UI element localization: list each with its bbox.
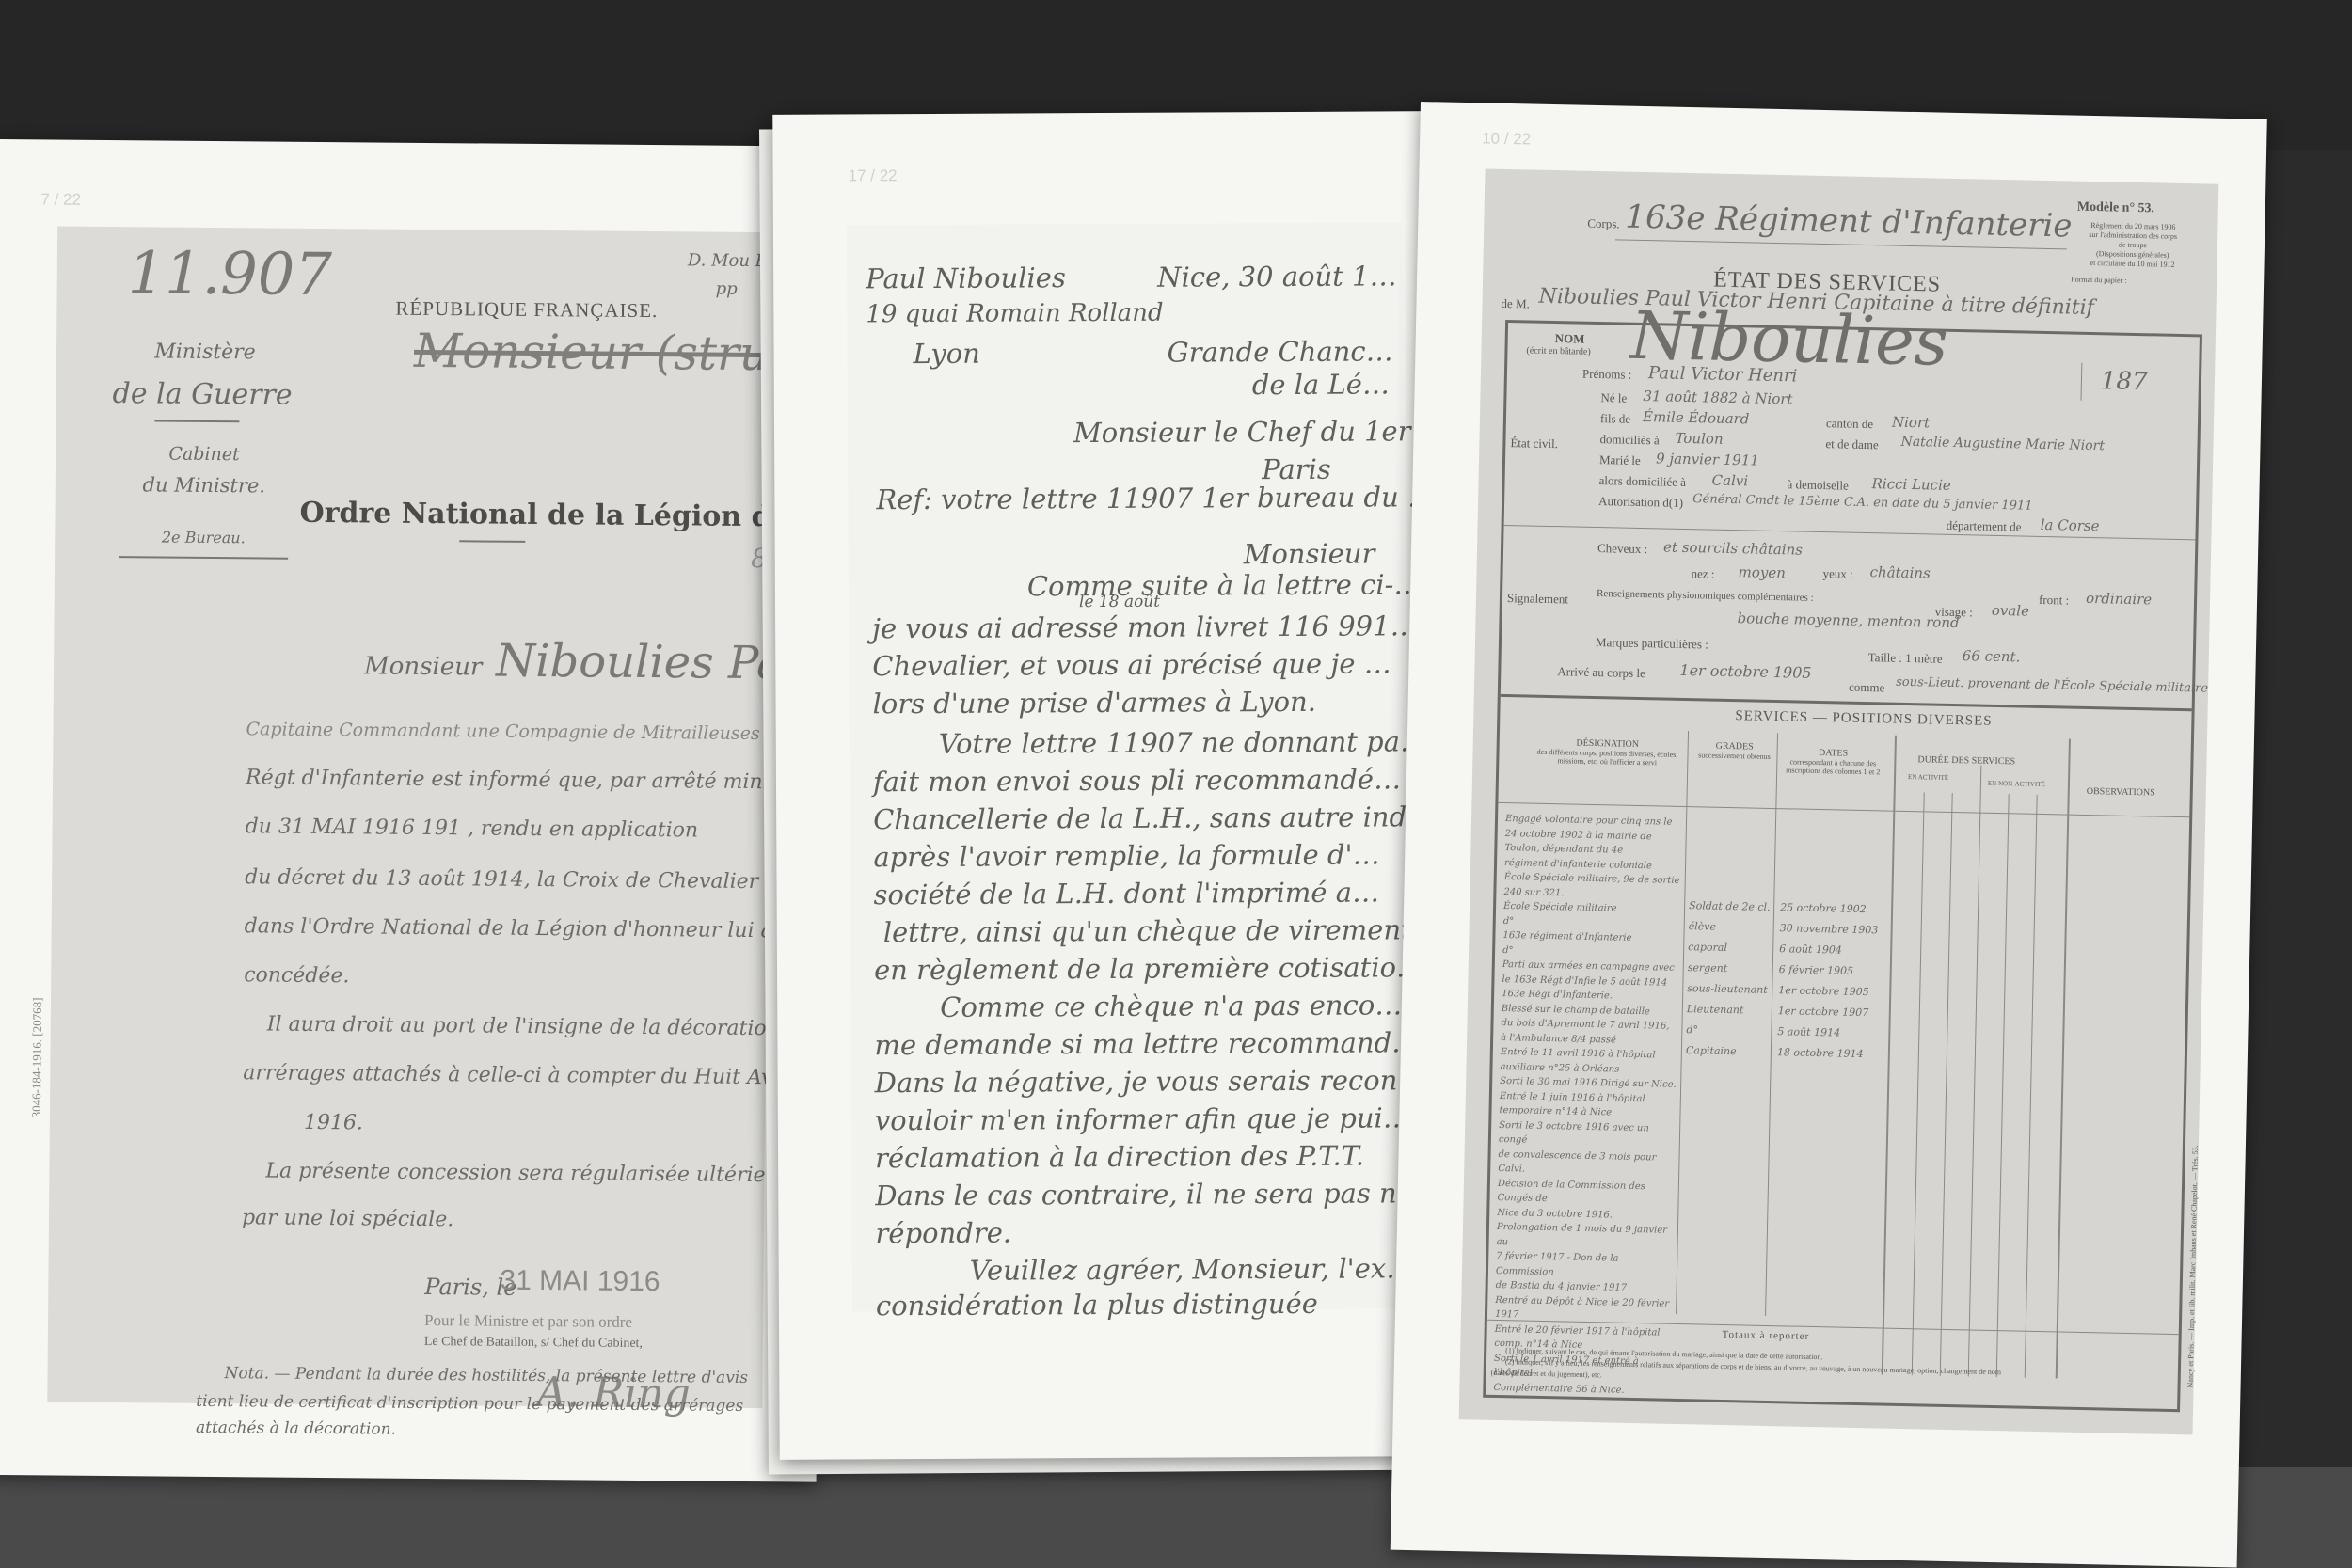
field-label: et de dame (1825, 436, 1879, 452)
name-label: NOM (1555, 331, 1585, 347)
date: 30 novembre 1903 (1779, 918, 1890, 941)
body-line: Chevalier, et vous ai précisé que je … (872, 647, 1391, 682)
divider (154, 420, 239, 422)
field-value: et sourcils châtains (1663, 539, 1803, 559)
body-line: en règlement de la première cotisatio… (874, 951, 1423, 986)
name-sublabel: (écrit en bâtarde) (1526, 345, 1591, 356)
designation-line: Complémentaire 56 à Nice. (1493, 1380, 1672, 1398)
col-header-observations: OBSERVATIONS (2087, 786, 2155, 799)
date: 18 octobre 1914 (1777, 1042, 1888, 1065)
field-label: nez : (1691, 566, 1714, 582)
sender-line: Lyon (914, 338, 980, 370)
field-label: front : (2039, 593, 2069, 609)
designation-line: Sorti le 3 octobre 1916 avec un congé (1499, 1117, 1678, 1150)
grade: sous-lieutenant (1687, 978, 1772, 1001)
duration-group-header: DURÉE DES SERVICES (1917, 754, 2015, 767)
services-title: SERVICES — POSITIONS DIVERSES (1735, 708, 1993, 730)
left-document-sheet: 7 / 22 11.907 D. Mou Eglise pp 8H Minist… (0, 139, 828, 1482)
model-heading: Modèle n° 53. (2077, 200, 2155, 217)
field-value: la Corse (2041, 516, 2100, 534)
field-label: Taille : 1 mètre (1868, 650, 1943, 667)
right-document-sheet: 10 / 22 Corps. 163e Régiment d'Infanteri… (1391, 102, 2267, 1568)
field-value: 9 janvier 1911 (1656, 450, 1759, 468)
date-stamp: 31 MAI 1916 (500, 1265, 660, 1298)
arrival-value: 1er octobre 1905 (1679, 661, 1812, 682)
subgroup-header: EN NON-ACTIVITÉ (1988, 780, 2045, 788)
page-number: 7 / 22 (40, 190, 81, 209)
model-line: et circulaire du 10 mai 1912 (2061, 258, 2202, 270)
de-m-label: de M. (1501, 296, 1530, 312)
box-number-cell: 187 (2080, 363, 2185, 403)
addressee-line: de la Lé… (1252, 368, 1390, 401)
grade: caporal (1688, 937, 1772, 959)
body-line: fait mon envoi sous pli recommandé… (873, 763, 1401, 798)
body-line: Veuillez agréer, Monsieur, l'ex… (970, 1252, 1414, 1286)
ministry-line: de la Guerre (112, 377, 281, 412)
grade: Capitaine (1686, 1040, 1771, 1063)
corps-value: 163e Régiment d'Infanterie (1625, 198, 2073, 245)
field-value: Calvi (1711, 472, 1748, 490)
field-value: Ricci Lucie (1871, 475, 1951, 494)
comme-value: sous-Lieut. provenant de l'École Spécial… (1896, 675, 2208, 696)
col-divider (2025, 795, 2038, 1378)
ministry-line: Cabinet (138, 443, 270, 465)
body-line: lettre, ainsi qu'un chèque de virement… (883, 913, 1439, 948)
corps-label: Corps. (1587, 216, 1620, 232)
addressee-line: Grande Chanc… (1168, 335, 1393, 368)
date: 25 octobre 1902 (1780, 897, 1891, 920)
col-sub: correspondant à chacune des inscriptions… (1781, 757, 1884, 776)
field-value: châtains (1869, 563, 1931, 581)
ministry-line: Ministère (139, 340, 271, 364)
col-sub: successivement obtenus (1696, 751, 1772, 761)
field-label: Autorisation d(1) (1598, 494, 1683, 511)
body-line: Dans la négative, je vous serais recon… (875, 1064, 1425, 1099)
body-line: Il aura droit au port de l'insigne de la… (267, 1013, 851, 1041)
etat-civil-label: État civil. (1510, 436, 1558, 451)
body-line: Chancellerie de la L.H., sans autre ind… (873, 800, 1434, 835)
grade: Soldat de 2e cl. (1689, 895, 1773, 918)
grade: sergent (1688, 958, 1772, 980)
field-label: yeux : (1822, 566, 1852, 582)
salutation: Monsieur (364, 652, 483, 681)
body-line: Votre lettre 11907 ne donnant pa… (939, 725, 1427, 760)
margin-note: pp (716, 279, 738, 299)
vertical-print-code: 3046-184-1916. [20768] (29, 997, 45, 1117)
field-label: fils de (1600, 411, 1630, 427)
field-label: à demoiselle (1787, 477, 1849, 493)
date: 5 août 1914 (1777, 1022, 1888, 1044)
sender-line: 19 quai Romain Rolland (866, 299, 1163, 329)
body-line: du 31 MAI 1916 191 , rendu en applicatio… (246, 815, 699, 842)
body-line: vouloir m'en informer afin que je pui… (875, 1101, 1410, 1136)
field-label: Renseignements physionomiques complément… (1597, 588, 1814, 604)
body-line: dans l'Ordre National de la Légion d'hon… (245, 914, 813, 942)
page-number: 10 / 22 (1482, 129, 1531, 149)
body-line: par une loi spéciale. (242, 1206, 454, 1231)
field-value: Natalie Augustine Marie Niort (1900, 435, 2105, 454)
nota-line: attachés à la décoration. (196, 1418, 396, 1439)
body-line: me demande si ma lettre recommand… (874, 1026, 1419, 1061)
col-divider (1968, 766, 1982, 1377)
date: 1er octobre 1905 (1778, 980, 1889, 1003)
body-line: Capitaine Commandant une Compagnie de Mi… (246, 719, 788, 744)
body-line: après l'avoir remplie, la formule d'… (873, 838, 1379, 873)
body-line: réclamation à la direction des P.T.T. (875, 1140, 1364, 1175)
body-line: Comme ce chèque n'a pas enco… (940, 989, 1402, 1023)
comme-label: comme (1849, 680, 1885, 696)
insertion: le 18 août (1079, 593, 1160, 611)
body-line: je vous ai adressé mon livret 116 991… (872, 610, 1418, 644)
body-line: Dans le cas contraire, il ne sera pas n… (875, 1177, 1424, 1212)
form-frame: NOM (écrit en bâtarde) Niboulies 187 Éta… (1483, 320, 2202, 1412)
designation-line: Prolongation de 1 mois du 9 janvier au (1496, 1220, 1676, 1253)
field-value: ordinaire (2086, 590, 2152, 608)
form-line (1501, 694, 2192, 711)
signalement-label: Signalement (1507, 591, 1568, 607)
col-header-dates: DATES correspondant à chacune des inscri… (1781, 747, 1885, 776)
col-header-grades: GRADES successivement obtenus (1696, 740, 1772, 761)
designation-cell: Engagé volontaire pour cinq ans le 24 oc… (1493, 812, 1684, 1399)
field-label: Marié le (1599, 452, 1641, 468)
grade: élève (1688, 916, 1772, 939)
arrival-label: Arrivé au corps le (1557, 664, 1645, 681)
date: 6 février 1905 (1779, 959, 1890, 982)
field-value: Général Cmdt le 15ème C.A. en date du 5 … (1692, 492, 2033, 514)
grade: Lieutenant (1687, 999, 1772, 1022)
col-divider (1940, 793, 1953, 1376)
designation-line: de convalescence de 3 mois pour Calvi. (1498, 1147, 1677, 1180)
addressee-line: Monsieur le Chef du 1er … (1073, 415, 1447, 449)
field-value: moyen (1738, 563, 1786, 581)
middle-document-sheet: 17 / 22 Paul Niboulies 19 quai Romain Ro… (772, 111, 1438, 1460)
divider (119, 556, 288, 560)
field-label: canton de (1826, 416, 1873, 432)
body-line: considération la plus distinguée (876, 1288, 1318, 1322)
body-line: société de la L.H. dont l'imprimé a… (874, 876, 1380, 911)
greeting: Monsieur (1244, 537, 1375, 570)
col-divider (2056, 739, 2071, 1379)
field-value: Paul Victor Henri (1648, 363, 1798, 386)
nota-line: tient lieu de certificat d'inscription p… (196, 1392, 743, 1416)
body-line: du décret du 13 août 1914, la Croix de C… (245, 865, 758, 894)
body-line: concédée. (244, 963, 349, 988)
field-value: Émile Édouard (1643, 408, 1750, 427)
etat-des-services-scan: Corps. 163e Régiment d'Infanterie ÉTAT D… (1459, 168, 2219, 1434)
field-value: 31 août 1882 à Niort (1643, 388, 1792, 407)
date: 6 août 1904 (1779, 939, 1890, 961)
field-value: 66 cent. (1963, 647, 2021, 665)
page-number: 17 / 22 (849, 166, 898, 185)
field-label: Né le (1600, 390, 1627, 406)
body-line: lors d'une prise d'armes à Lyon. (872, 686, 1316, 720)
field-label: département de (1947, 518, 2022, 535)
field-label: alors domiciliée à (1598, 473, 1686, 490)
ministry-line: 2e Bureau. (137, 528, 269, 546)
republic-heading: RÉPUBLIQUE FRANÇAISE. (395, 297, 658, 323)
dates-cell: 25 octobre 1902 30 novembre 1903 6 août … (1777, 897, 1892, 1065)
paper-format-heading: Format du papier : (2071, 276, 2127, 285)
date: 1er octobre 1907 (1778, 1001, 1889, 1023)
field-label: domiciliés à (1599, 432, 1660, 448)
col-sub: des différents corps, positions diverses… (1536, 748, 1677, 768)
body-line: 1916. (304, 1111, 363, 1135)
field-label: Cheveux : (1597, 541, 1647, 557)
sender-line: Paul Niboulies (866, 261, 1066, 294)
grade: d° (1686, 1020, 1771, 1042)
field-value: Niort (1892, 414, 1931, 432)
totals-label: Totaux à reporter (1722, 1329, 1809, 1342)
col-divider (1996, 794, 2010, 1377)
vertical-imprint: Nancy et Paris. — Imp. et lib. milit. Ma… (2186, 1145, 2200, 1387)
subgroup-header: EN ACTIVITÉ (1908, 773, 1948, 782)
field-value: ovale (1992, 602, 2029, 620)
reference-number: 11.907 (127, 238, 332, 309)
body-line: répondre. (875, 1217, 1011, 1250)
body-line: Régt d'Infanterie est informé que, par a… (246, 766, 836, 794)
model-regulation: Règlement du 20 mars 1906 sur l'administ… (2061, 220, 2203, 270)
designation-line: Décision de la Commission des Congés de (1497, 1176, 1677, 1209)
col-header-designation: DÉSIGNATION des différents corps, positi… (1536, 737, 1678, 768)
designation-line: 7 février 1917 - Don de la Commission (1496, 1249, 1676, 1282)
field-label: Prénoms : (1582, 367, 1632, 383)
field-value: Toulon (1675, 430, 1723, 448)
divider (459, 540, 525, 543)
reference-line: Ref: votre lettre 11907 1er bureau du … (876, 481, 1435, 515)
box-number: 187 (2101, 367, 2148, 396)
legion-honneur-letter-scan: 11.907 D. Mou Eglise pp 8H Ministère de … (47, 227, 772, 1409)
col-divider (1912, 792, 1925, 1375)
handwritten-letter-scan: Paul Niboulies 19 quai Romain Rolland Ly… (847, 222, 1407, 1311)
field-value: bouche moyenne, menton rond (1737, 610, 1959, 631)
signature-block-line: Pour le Ministre et par son ordre (424, 1311, 632, 1332)
grades-cell: Soldat de 2e cl. élève caporal sergent s… (1686, 895, 1774, 1063)
body-line: arrérages attachés à celle-ci à compter … (243, 1061, 796, 1089)
ministry-line: du Ministre. (129, 473, 279, 497)
signature-block-line: Le Chef de Bataillon, s/ Chef du Cabinet… (424, 1335, 643, 1352)
field-label: Marques particulières : (1596, 635, 1708, 653)
place-date: Nice, 30 août 1… (1157, 260, 1397, 293)
